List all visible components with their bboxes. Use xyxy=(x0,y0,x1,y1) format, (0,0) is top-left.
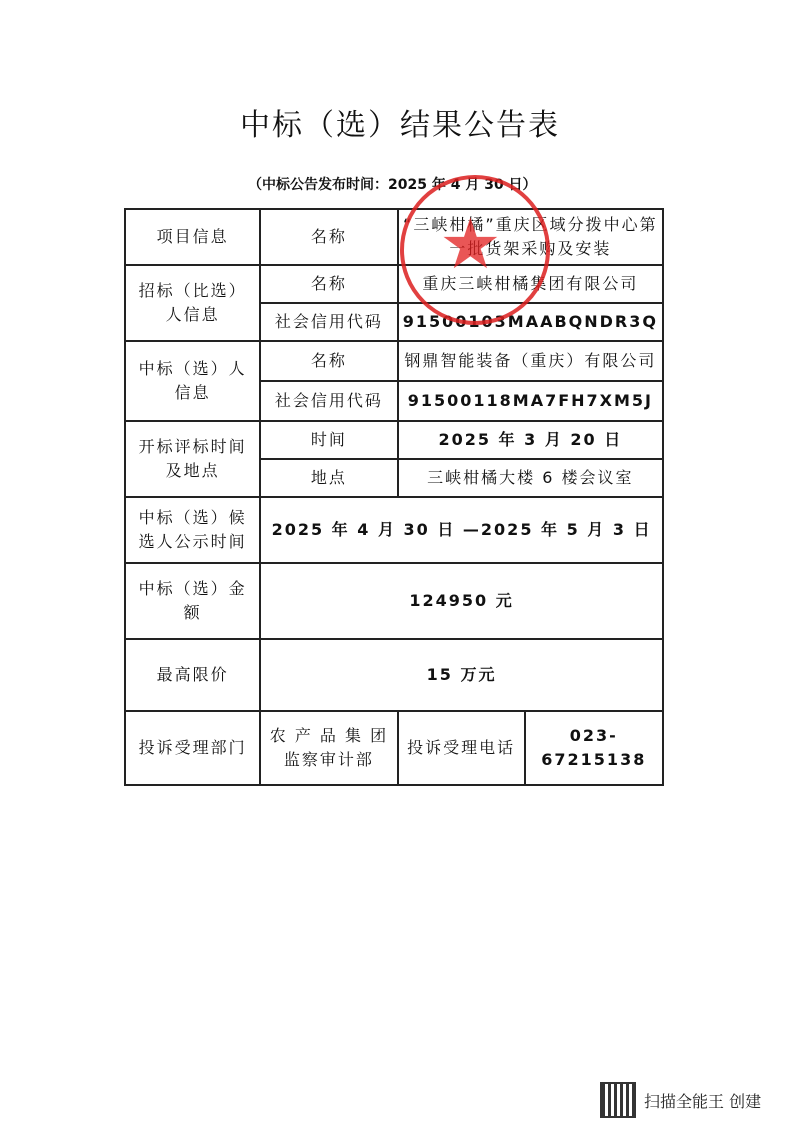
tenderer-name-label: 名称 xyxy=(260,265,398,303)
complaint-dept-value: 农 产 品 集 团 监察审计部 xyxy=(260,711,398,785)
max-price-label: 最高限价 xyxy=(125,639,260,711)
tenderer-code-value: 91500103MAABQNDR3Q xyxy=(398,303,663,341)
winner-code-value: 91500118MA7FH7XM5J xyxy=(398,381,663,421)
tenderer-code-label: 社会信用代码 xyxy=(260,303,398,341)
opening-place-value: 三峡柑橘大楼 6 楼会议室 xyxy=(398,459,663,497)
winner-name-label: 名称 xyxy=(260,341,398,381)
publicity-label: 中标（选）候选人公示时间 xyxy=(125,497,260,563)
table-row: 中标（选）金额 124950 元 xyxy=(125,563,663,639)
opening-place-label: 地点 xyxy=(260,459,398,497)
watermark-text: 扫描全能王 创建 xyxy=(644,1089,761,1112)
page-title: 中标（选）结果公告表 xyxy=(0,100,800,144)
tenderer-name-value: 重庆三峡柑橘集团有限公司 xyxy=(398,265,663,303)
winner-name-value: 钢鼎智能装备（重庆）有限公司 xyxy=(398,341,663,381)
publish-time: （中标公告发布时间：2025 年 4 月 30 日） xyxy=(248,174,537,194)
complaint-phone-label: 投诉受理电话 xyxy=(398,711,525,785)
winner-info-label: 中标（选）人信息 xyxy=(125,341,260,421)
winner-code-label: 社会信用代码 xyxy=(260,381,398,421)
table-row: 开标评标时间及地点 时间 2025 年 3 月 20 日 xyxy=(125,421,663,459)
project-name-label: 名称 xyxy=(260,209,398,265)
amount-value: 124950 元 xyxy=(260,563,663,639)
result-table: 项目信息 名称 “三峡柑橘”重庆区域分拨中心第一批货架采购及安装 招标（比选）人… xyxy=(124,208,664,786)
publicity-value: 2025 年 4 月 30 日 —2025 年 5 月 3 日 xyxy=(260,497,663,563)
qr-code-icon xyxy=(600,1082,636,1118)
table-row: 项目信息 名称 “三峡柑橘”重庆区域分拨中心第一批货架采购及安装 xyxy=(125,209,663,265)
opening-time-value: 2025 年 3 月 20 日 xyxy=(398,421,663,459)
table-row: 中标（选）候选人公示时间 2025 年 4 月 30 日 —2025 年 5 月… xyxy=(125,497,663,563)
project-name-value: “三峡柑橘”重庆区域分拨中心第一批货架采购及安装 xyxy=(398,209,663,265)
table-row: 最高限价 15 万元 xyxy=(125,639,663,711)
amount-label: 中标（选）金额 xyxy=(125,563,260,639)
project-info-label: 项目信息 xyxy=(125,209,260,265)
opening-label: 开标评标时间及地点 xyxy=(125,421,260,497)
max-price-value: 15 万元 xyxy=(260,639,663,711)
table-row: 中标（选）人信息 名称 钢鼎智能装备（重庆）有限公司 xyxy=(125,341,663,381)
table-row: 投诉受理部门 农 产 品 集 团 监察审计部 投诉受理电话 023-672151… xyxy=(125,711,663,785)
complaint-dept-label: 投诉受理部门 xyxy=(125,711,260,785)
table-row: 招标（比选）人信息 名称 重庆三峡柑橘集团有限公司 xyxy=(125,265,663,303)
scanner-watermark: 扫描全能王 创建 xyxy=(600,1082,761,1118)
complaint-phone-value: 023-67215138 xyxy=(525,711,663,785)
opening-time-label: 时间 xyxy=(260,421,398,459)
tenderer-info-label: 招标（比选）人信息 xyxy=(125,265,260,341)
